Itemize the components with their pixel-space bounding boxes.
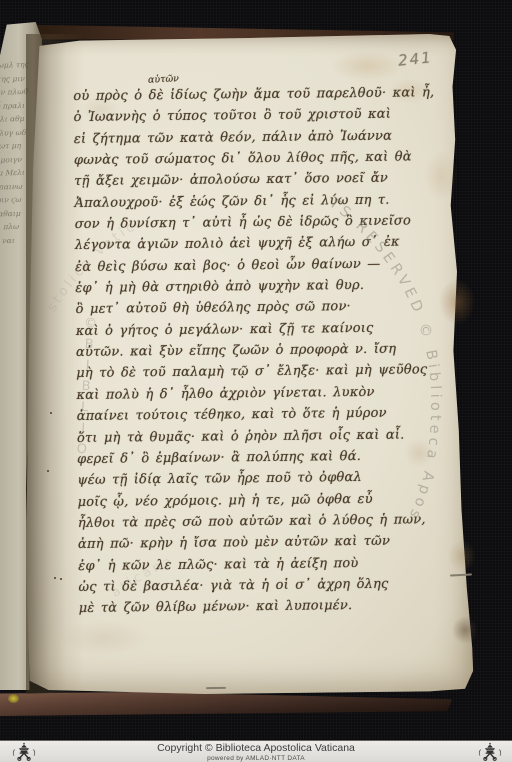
pencil-folio-number: 241	[397, 48, 433, 70]
ink-dot	[60, 578, 62, 580]
vatican-emblem-icon	[4, 742, 44, 762]
copyright-footer-bar: Copyright © Biblioteca Apostolica Vatica…	[0, 740, 512, 762]
footer-copyright-text: Copyright © Biblioteca Apostolica Vatica…	[0, 742, 512, 755]
manuscript-line: φωνὰς τοῦ σώματος δι᾽ ὅλου λίθος πῆς, κα…	[74, 146, 448, 171]
manuscript-line: ἦλθοι τὰ πρὲς σῶ ποὺ αὐτῶν καὶ ὁ λύθος ἡ…	[78, 509, 452, 534]
manuscript-line: οὐ πρὸς ὁ δὲ ἰδίως ζωὴν ἅμα τοῦ παρελθοῦ…	[73, 82, 447, 107]
ink-dot	[47, 470, 49, 472]
digitized-manuscript-viewer: ωμλ τηϛ της μιν εν πλωθ ἦ πραλι γλι αθμ …	[0, 0, 512, 762]
manuscript-line: ὅτι μὴ τὰ θυμᾶς· καὶ ὁ ῥηὸν πλῆσι οἷς κα…	[77, 424, 451, 449]
ink-dot	[54, 577, 56, 579]
manuscript-line: μὴ τὸ δὲ τοῦ παλαμὴ τῷ σ᾽ ἔληξε· καὶ μὴ …	[76, 360, 450, 385]
verso-text-fragment: ἦ πραλι	[0, 98, 42, 113]
manuscript-line: λέγοντα ἁγιῶν πολιὸ ἀεὶ ψυχῆ ἐξ αλήω σ᾽ …	[75, 231, 449, 256]
verso-text-fragment: εν πλωθ	[0, 84, 42, 99]
vatican-emblem-icon	[470, 742, 510, 762]
ink-dot	[50, 412, 52, 414]
footer-powered-by-text: powered by AMLAD·NTT DATA	[0, 755, 512, 762]
verso-text-fragment: ωμλ τηϛ	[0, 57, 42, 72]
verso-text-fragment: της μιν	[0, 71, 42, 86]
manuscript-text-block: οὐ πρὸς ὁ δὲ ἰδίως ζωὴν ἅμα τοῦ παρελθοῦ…	[73, 82, 453, 619]
manuscript-line: μὲ τὰ ζῶν θλίβω μένων· καὶ λυποιμέν.	[79, 594, 453, 619]
gilt-edge-glint	[8, 694, 19, 703]
